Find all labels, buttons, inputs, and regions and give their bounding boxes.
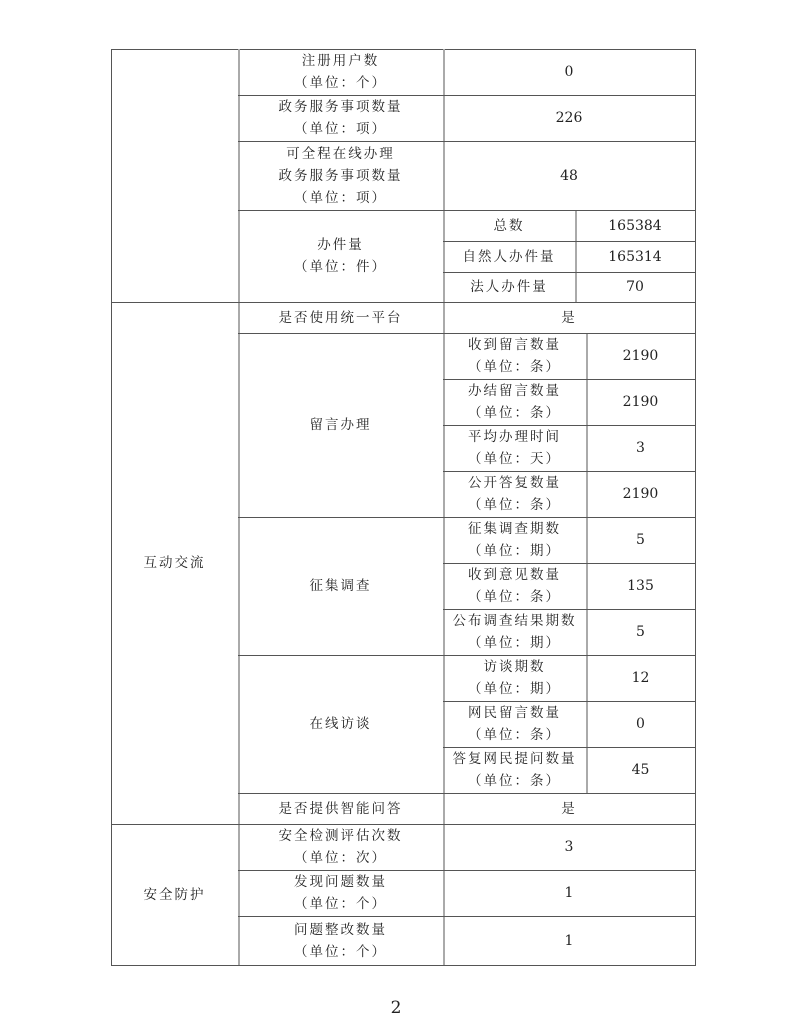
- row-label-cases: 办件量 （单位：件）: [238, 210, 443, 302]
- sub-label-legal-person: 法人办件量: [443, 272, 575, 302]
- divider: [443, 471, 695, 472]
- row-label-issues-found: 发现问题数量 （单位：个）: [238, 870, 443, 916]
- border-bottom: [111, 965, 696, 966]
- value-issues-fixed: 1: [443, 916, 695, 965]
- divider: [443, 563, 695, 564]
- divider: [443, 701, 695, 702]
- sub-label-messages-received: 收到留言数量 （单位：条）: [443, 333, 586, 379]
- sub-label-opinions-received: 收到意见数量 （单位：条）: [443, 563, 586, 609]
- row-label-survey: 征集调查: [238, 517, 443, 655]
- category-security: 安全防护: [111, 824, 238, 965]
- border-top: [111, 49, 695, 50]
- sub-label-survey-periods: 征集调查期数 （单位：期）: [443, 517, 586, 563]
- divider: [111, 824, 695, 825]
- value-unified-platform: 是: [443, 302, 695, 333]
- value-legal-person: 70: [575, 272, 695, 302]
- row-label-service-items: 政务服务事项数量 （单位：项）: [238, 95, 443, 141]
- value-issues-found: 1: [443, 870, 695, 916]
- page-number: 2: [0, 998, 792, 1018]
- sub-label-avg-time: 平均办理时间 （单位：天）: [443, 425, 586, 471]
- border-left: [111, 49, 112, 966]
- divider: [238, 655, 695, 656]
- row-label-security-checks: 安全检测评估次数 （单位：次）: [238, 824, 443, 870]
- value-service-items: 226: [443, 95, 695, 141]
- value-netizen-messages: 0: [586, 701, 695, 747]
- divider: [238, 333, 695, 334]
- value-opinions-received: 135: [586, 563, 695, 609]
- value-registered-users: 0: [443, 49, 695, 95]
- value-online-service-items: 48: [443, 141, 695, 210]
- value-total: 165384: [575, 210, 695, 241]
- category-empty: [111, 49, 238, 302]
- row-label-registered-users: 注册用户数 （单位：个）: [238, 49, 443, 95]
- value-avg-time: 3: [586, 425, 695, 471]
- value-messages-received: 2190: [586, 333, 695, 379]
- sub-label-netizen-messages: 网民留言数量 （单位：条）: [443, 701, 586, 747]
- value-interview-periods: 12: [586, 655, 695, 701]
- value-security-checks: 3: [443, 824, 695, 870]
- divider: [443, 241, 695, 242]
- row-label-unified-platform: 是否使用统一平台: [238, 302, 443, 333]
- divider: [443, 272, 695, 273]
- divider: [238, 916, 695, 917]
- statistics-table: 注册用户数 （单位：个） 0 政务服务事项数量 （单位：项） 226 可全程在线…: [111, 49, 695, 965]
- divider: [443, 425, 695, 426]
- value-messages-closed: 2190: [586, 379, 695, 425]
- sub-label-interview-periods: 访谈期数 （单位：期）: [443, 655, 586, 701]
- value-survey-periods: 5: [586, 517, 695, 563]
- value-smart-qa: 是: [443, 793, 695, 824]
- category-interaction: 互动交流: [111, 302, 238, 824]
- divider: [443, 49, 445, 965]
- divider: [443, 747, 695, 748]
- sub-label-public-replies: 公开答复数量 （单位：条）: [443, 471, 586, 517]
- sub-label-total: 总数: [443, 210, 575, 241]
- value-public-replies: 2190: [586, 471, 695, 517]
- value-netizen-replies: 45: [586, 747, 695, 793]
- value-natural-person: 165314: [575, 241, 695, 272]
- row-label-smart-qa: 是否提供智能问答: [238, 793, 443, 824]
- divider: [238, 49, 240, 965]
- row-label-messages: 留言办理: [238, 333, 443, 517]
- divider: [238, 517, 695, 518]
- divider: [238, 141, 695, 142]
- divider: [443, 609, 695, 610]
- sub-label-published-results: 公布调查结果期数 （单位：期）: [443, 609, 586, 655]
- divider: [575, 210, 577, 302]
- row-label-online-service-items: 可全程在线办理 政务服务事项数量 （单位：项）: [238, 141, 443, 210]
- sub-label-natural-person: 自然人办件量: [443, 241, 575, 272]
- divider: [111, 302, 695, 303]
- divider: [238, 793, 695, 794]
- divider: [238, 210, 695, 211]
- divider: [443, 379, 695, 380]
- row-label-issues-fixed: 问题整改数量 （单位：个）: [238, 916, 443, 965]
- sub-label-netizen-replies: 答复网民提问数量 （单位：条）: [443, 747, 586, 793]
- row-label-interview: 在线访谈: [238, 655, 443, 793]
- border-right: [695, 49, 696, 966]
- divider: [238, 95, 695, 96]
- value-published-results: 5: [586, 609, 695, 655]
- divider: [238, 870, 695, 871]
- sub-label-messages-closed: 办结留言数量 （单位：条）: [443, 379, 586, 425]
